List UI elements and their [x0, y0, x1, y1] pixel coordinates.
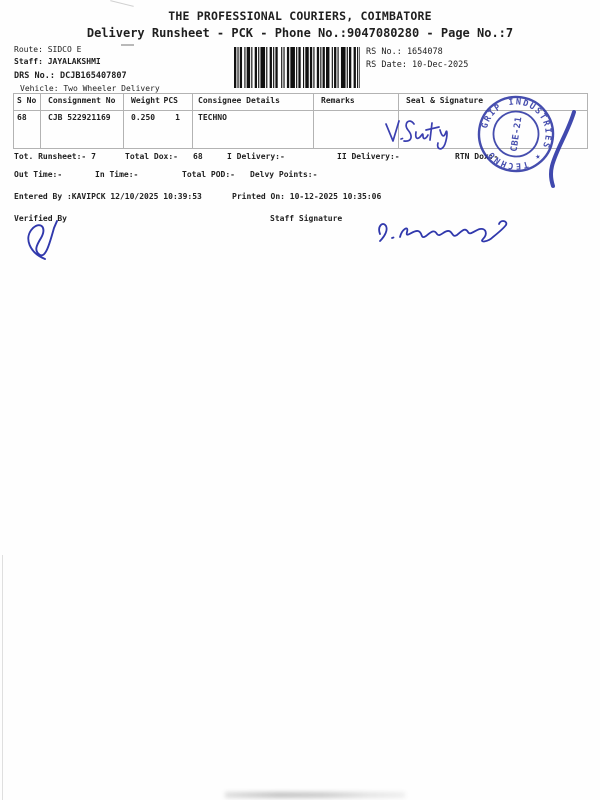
cell-pcs: 1: [161, 111, 193, 149]
cell-s-no: 68: [14, 111, 41, 149]
ii-delivery-field: II Delivery:-: [337, 152, 400, 161]
pencil-dash: [121, 44, 134, 46]
table-header-row: S No Consignment No Weight PCS Consignee…: [14, 94, 588, 111]
total-dox-label: Total Dox:-: [125, 152, 178, 161]
staff-field: Staff: JAYALAKSHMI: [14, 57, 101, 66]
col-remarks: Remarks: [314, 94, 399, 111]
vehicle-field: Vehicle: Two Wheeler Delivery: [20, 84, 160, 93]
rs-no-field: RS No.: 1654078: [366, 47, 443, 57]
col-weight: Weight: [124, 94, 161, 111]
table-row: 68 CJB 522921169 0.250 1 TECHNO: [14, 111, 588, 149]
col-consignment-no: Consignment No: [41, 94, 124, 111]
barcode-icon: [234, 47, 362, 89]
i-delivery-field: I Delivery:-: [227, 152, 285, 161]
runsheet-subtitle: Delivery Runsheet - PCK - Phone No.:9047…: [0, 26, 600, 40]
cell-seal-signature: [399, 111, 588, 149]
staff-signature-label: Staff Signature: [270, 214, 342, 223]
pencil-mark: [110, 0, 134, 7]
tot-runsheet: Tot. Runsheet:- 7: [14, 152, 96, 161]
scan-smudge: [225, 792, 405, 798]
cell-remarks: [314, 111, 399, 149]
cell-consignee: TECHNO: [193, 111, 314, 149]
route-field: Route: SIDCO E: [14, 45, 81, 54]
printed-on-field: Printed On: 10-12-2025 10:35:06: [232, 192, 381, 201]
cell-weight: 0.250: [124, 111, 161, 149]
staff-signature-script: [379, 221, 506, 241]
rtn-dox-field: RTN Dox:-: [455, 152, 498, 161]
verified-by-signature: [28, 221, 57, 259]
delvy-points-field: Delvy Points:-: [250, 170, 317, 179]
verified-by-label: Verified By: [14, 214, 67, 223]
drs-no-field: DRS No.: DCJB165407807: [14, 71, 127, 81]
scan-edge-line: [2, 555, 3, 800]
company-title: THE PROFESSIONAL COURIERS, COIMBATORE: [0, 9, 600, 23]
total-dox-value: 68: [193, 152, 203, 161]
cell-consignment-no: CJB 522921169: [41, 111, 124, 149]
consignment-table: S No Consignment No Weight PCS Consignee…: [13, 93, 588, 149]
total-pod-field: Total POD:-: [182, 170, 235, 179]
col-pcs: PCS: [161, 94, 193, 111]
col-s-no: S No: [14, 94, 41, 111]
out-time-field: Out Time:-: [14, 170, 62, 179]
delivery-runsheet-document: THE PROFESSIONAL COURIERS, COIMBATORE De…: [0, 0, 600, 800]
entered-by-field: Entered By :KAVIPCK 12/10/2025 10:39:53: [14, 192, 202, 201]
col-seal-signature: Seal & Signature: [399, 94, 588, 111]
rs-date-field: RS Date: 10-Dec-2025: [366, 60, 468, 70]
in-time-field: In Time:-: [95, 170, 138, 179]
col-consignee: Consignee Details: [193, 94, 314, 111]
